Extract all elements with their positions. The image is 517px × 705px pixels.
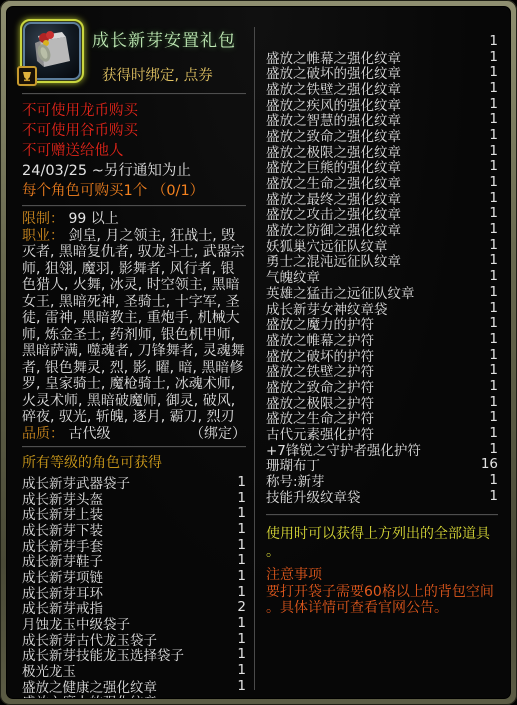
item-quantity: 16	[475, 456, 498, 472]
level-limit: 限制： 99 以上	[22, 211, 246, 228]
quality-row: 品质： 古代级 （绑定）	[22, 426, 246, 443]
item-quantity: 1	[231, 490, 246, 506]
item-quantity: 1	[483, 111, 498, 127]
item-quantity: 1	[483, 96, 498, 112]
contents-header: 所有等级的角色可获得	[22, 452, 246, 472]
item-quantity: 1	[483, 221, 498, 237]
gift-box-icon	[20, 19, 84, 83]
item-quantity: 1	[483, 315, 498, 331]
item-quantity: 1	[231, 584, 246, 600]
sale-period: 24/03/25 ~另行通知为止	[22, 161, 246, 181]
item-quantity: 1	[483, 33, 498, 49]
notice-line: 。具体详情可查看官网公告。	[266, 600, 498, 617]
tooltip-frame: 成长新芽安置礼包 获得时绑定, 点券 不可使用龙币购买 不可使用谷币购买 不可赠…	[0, 0, 517, 705]
item-quantity: 1	[483, 174, 498, 190]
list-item: 技能升级纹章袋1	[266, 488, 498, 504]
item-quantity: 1	[231, 552, 246, 568]
item-quantity: 1	[231, 521, 246, 537]
use-effect-text: 使用时可以获得上方列出的全部道具	[266, 525, 498, 543]
restriction-block: 不可使用龙币购买 不可使用谷币购买 不可赠送给他人 24/03/25 ~另行通知…	[22, 101, 246, 201]
divider	[22, 205, 246, 207]
item-quantity: 1	[231, 631, 246, 647]
quality: 品质： 古代级	[22, 426, 110, 443]
divider	[22, 93, 246, 95]
bind-info: 获得时绑定, 点券	[92, 64, 236, 85]
item-quantity: 1	[483, 143, 498, 159]
level-limit-label: 限制：	[22, 211, 64, 227]
restriction-line: 不可使用谷币购买	[22, 121, 246, 141]
item-quantity: 1	[231, 568, 246, 584]
item-quantity: 1	[231, 537, 246, 553]
item-quantity: 1	[483, 347, 498, 363]
item-info: 限制： 99 以上 职业： 剑皇, 月之领主, 狂战士, 毁灭者, 黑暗复仇者,…	[22, 211, 246, 442]
item-name: 盛放之魔力的强化纹章	[22, 691, 157, 699]
item-quantity: 1	[483, 205, 498, 221]
item-quantity: 1	[483, 362, 498, 378]
item-quantity: 1	[483, 127, 498, 143]
item-quantity: 1	[483, 190, 498, 206]
item-quantity: 1	[483, 49, 498, 65]
item-quantity: 1	[231, 662, 246, 678]
item-quantity: 1	[483, 284, 498, 300]
item-quantity: 1	[483, 237, 498, 253]
restriction-line: 不可使用龙币购买	[22, 101, 246, 121]
item-quantity: 1	[231, 615, 246, 631]
item-quantity: 1	[231, 474, 246, 490]
item-quantity: 1	[483, 441, 498, 457]
list-item: 盛放之魔力的强化纹章	[22, 694, 246, 699]
class-label: 职业：	[22, 228, 64, 244]
item-quantity: 1	[483, 488, 498, 504]
item-header-text: 成长新芽安置礼包 获得时绑定, 点券	[92, 17, 236, 85]
item-quantity: 1	[483, 378, 498, 394]
tooltip-panel: 成长新芽安置礼包 获得时绑定, 点券 不可使用龙币购买 不可使用谷币购买 不可赠…	[6, 6, 511, 699]
divider	[22, 446, 246, 448]
item-quantity: 1	[483, 300, 498, 316]
quality-value: 古代级	[68, 426, 110, 442]
item-tooltip-screen: 成长新芽安置礼包 获得时绑定, 点券 不可使用龙币购买 不可使用谷币购买 不可赠…	[0, 0, 517, 705]
notice-title: 注意事项	[266, 567, 498, 584]
right-column: 1盛放之帷幕之强化纹章1盛放之破坏的强化纹章1盛放之铁壁之强化纹章1盛放之疾风的…	[255, 7, 510, 698]
item-quantity: 1	[483, 425, 498, 441]
gold-trophy-badge	[17, 66, 37, 86]
notice-line: 要打开袋子需要60格以上的背包空间	[266, 584, 498, 601]
item-quantity: 1	[483, 331, 498, 347]
use-effect-text-tail: 。	[266, 543, 498, 561]
item-title: 成长新芽安置礼包	[92, 26, 236, 51]
restriction-line: 不可赠送给他人	[22, 141, 246, 161]
item-quantity: 1	[483, 80, 498, 96]
item-header: 成长新芽安置礼包 获得时绑定, 点券	[22, 17, 246, 85]
item-quantity: 1	[483, 472, 498, 488]
level-limit-value: 99 以上	[68, 211, 118, 227]
divider	[266, 514, 498, 516]
contents-list-right: 1盛放之帷幕之强化纹章1盛放之破坏的强化纹章1盛放之铁壁之强化纹章1盛放之疾风的…	[266, 33, 498, 504]
item-name: 技能升级纹章袋	[266, 486, 361, 506]
trophy-icon	[21, 70, 33, 82]
item-quantity: 1	[483, 394, 498, 410]
left-column: 成长新芽安置礼包 获得时绑定, 点券 不可使用龙币购买 不可使用谷币购买 不可赠…	[7, 7, 254, 698]
purchase-limit: 每个角色可购买1个 （0/1）	[22, 181, 246, 201]
class-list: 职业： 剑皇, 月之领主, 狂战士, 毁灭者, 黑暗复仇者, 驭龙斗士, 武器宗…	[22, 228, 246, 426]
class-value: 剑皇, 月之领主, 狂战士, 毁灭者, 黑暗复仇者, 驭龙斗士, 武器宗师, 狙…	[22, 228, 245, 426]
quality-bind: （绑定）	[190, 426, 246, 443]
item-quantity: 1	[231, 505, 246, 521]
quality-label: 品质：	[22, 426, 64, 442]
item-quantity: 1	[231, 646, 246, 662]
item-quantity: 2	[231, 599, 246, 615]
item-quantity: 1	[483, 409, 498, 425]
item-quantity: 1	[483, 64, 498, 80]
item-quantity: 1	[483, 268, 498, 284]
item-quantity: 1	[231, 678, 246, 694]
contents-list-left: 成长新芽武器袋子1成长新芽头盔1成长新芽上装1成长新芽下装1成长新芽手套1成长新…	[22, 474, 246, 699]
item-quantity: 1	[483, 252, 498, 268]
item-quantity: 1	[483, 158, 498, 174]
